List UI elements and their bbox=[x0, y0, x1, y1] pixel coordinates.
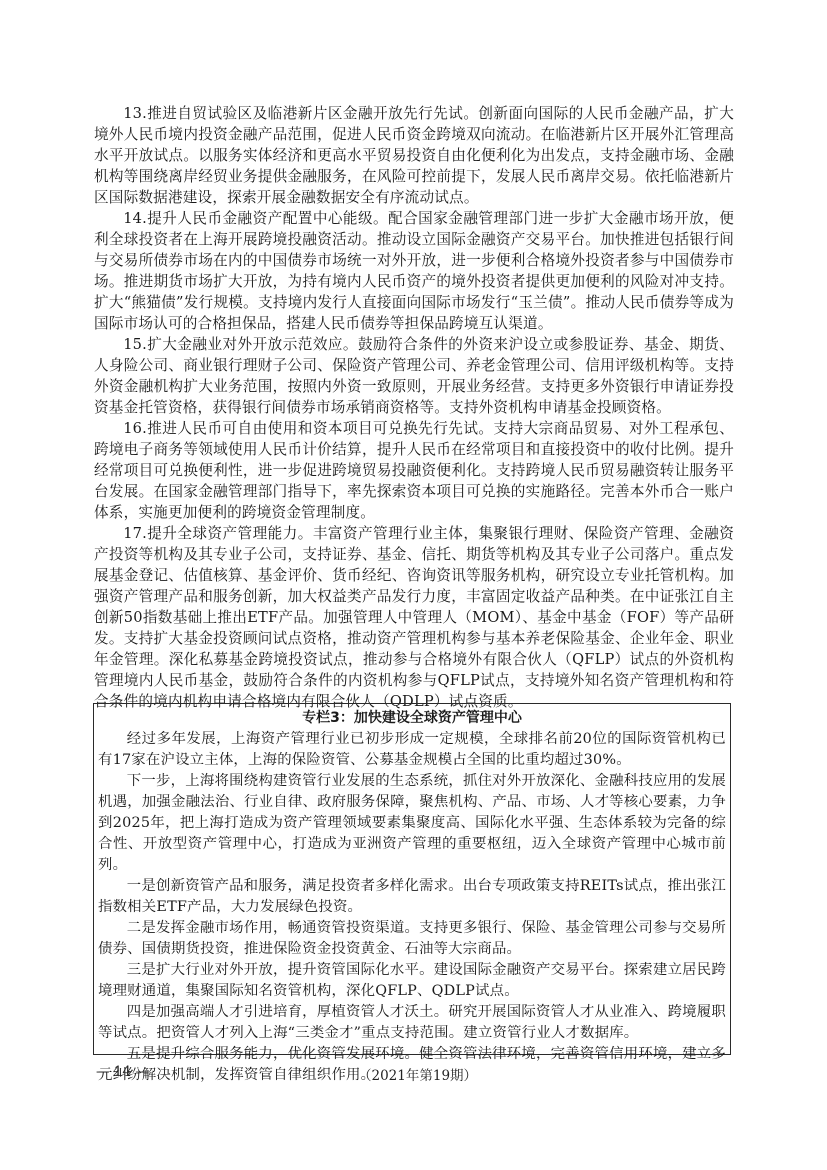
main-text: 13.推进自贸试验区及临港新片区金融开放先行先试。创新面向国际的人民币金融产品，… bbox=[94, 103, 734, 712]
issue-label: （2021年第19期） bbox=[358, 1064, 477, 1084]
box-paragraph: 二是发挥金融市场作用，畅通资管投资渠道。支持更多银行、保险、基金管理公司参与交易… bbox=[98, 918, 726, 960]
box-paragraph: 四是加强高端人才引进培育，厚植资管人才沃土。研究开展国际资管人才从业准入、跨境履… bbox=[98, 1002, 726, 1044]
paragraph-15: 15.扩大金融业对外开放示范效应。鼓励符合条件的外资来沪设立或参股证券、基金、期… bbox=[94, 334, 734, 418]
box-paragraph: 下一步，上海将围绕构建资管行业发展的生态系统，抓住对外开放深化、金融科技应用的发… bbox=[98, 771, 726, 876]
box-paragraph: 一是创新资管产品和服务，满足投资者多样化需求。出台专项政策支持REITs试点，推… bbox=[98, 876, 726, 918]
box-paragraph: 三是扩大行业对外开放，提升资管国际化水平。建设国际金融资产交易平台。探索建立居民… bbox=[98, 960, 726, 1002]
sidebar-box-column-3: 专栏3：加快建设全球资产管理中心 经过多年发展，上海资产管理行业已初步形成一定规… bbox=[93, 703, 731, 1055]
box-title: 专栏3：加快建设全球资产管理中心 bbox=[98, 708, 726, 729]
paragraph-14: 14.提升人民币金融资产配置中心能级。配合国家金融管理部门进一步扩大金融市场开放… bbox=[94, 208, 734, 334]
page-footer: — 14 — （2021年第19期） bbox=[96, 1064, 736, 1084]
paragraph-16: 16.推进人民币可自由使用和资本项目可兑换先行先试。支持大宗商品贸易、对外工程承… bbox=[94, 418, 734, 523]
page-number: — 14 — bbox=[96, 1064, 149, 1080]
paragraph-13: 13.推进自贸试验区及临港新片区金融开放先行先试。创新面向国际的人民币金融产品，… bbox=[94, 103, 734, 208]
paragraph-17: 17.提升全球资产管理能力。丰富资产管理行业主体，集聚银行理财、保险资产管理、金… bbox=[94, 523, 734, 712]
box-paragraph: 经过多年发展，上海资产管理行业已初步形成一定规模，全球排名前20位的国际资管机构… bbox=[98, 729, 726, 771]
